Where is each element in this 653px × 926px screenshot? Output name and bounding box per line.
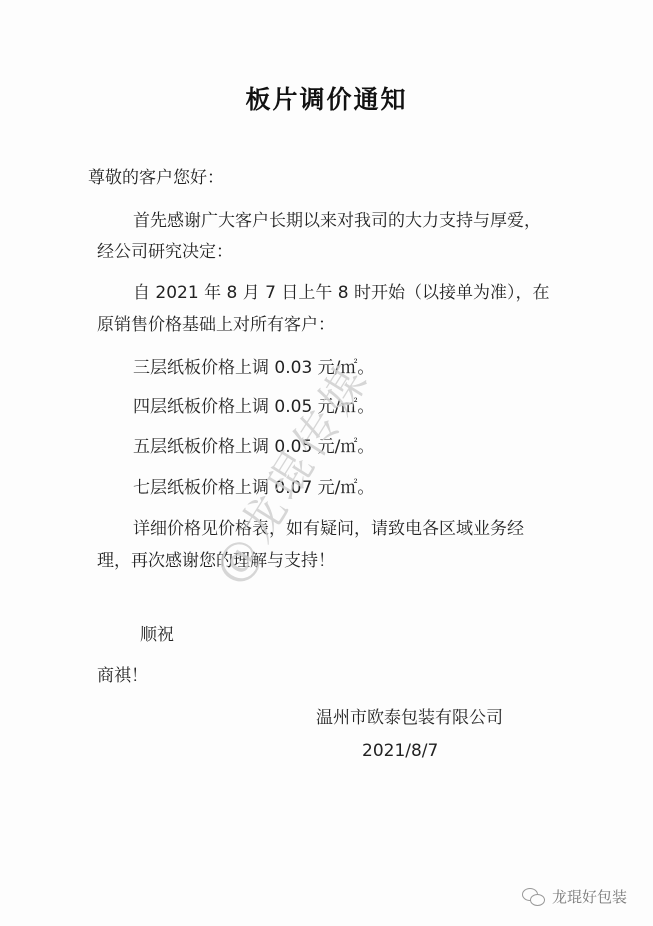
closing-1: 顺祝 xyxy=(140,620,174,645)
paragraph-2-line-1: 自 2021 年 8 月 7 日上午 8 时开始（以接单为准），在 xyxy=(133,278,549,303)
greeting: 尊敬的客户您好： xyxy=(88,163,224,188)
document-date: 2021/8/7 xyxy=(362,741,438,761)
company-name: 温州市欧泰包装有限公司 xyxy=(316,703,503,728)
paragraph-1-line-2: 经公司研究决定： xyxy=(97,237,233,262)
wechat-icon xyxy=(522,887,546,907)
paragraph-1-line-1: 首先感谢广大客户长期以来对我司的大力支持与厚爱， xyxy=(133,206,541,231)
account-name: 龙琨好包装 xyxy=(552,886,627,907)
paragraph-2-line-2: 原销售价格基础上对所有客户： xyxy=(97,310,335,335)
paragraph-3-line-1: 详细价格见价格表，如有疑问，请致电各区域业务经 xyxy=(133,514,524,539)
account-watermark: 龙琨好包装 xyxy=(522,886,627,907)
document-title: 板片调价通知 xyxy=(0,80,653,116)
closing-2: 商祺！ xyxy=(97,661,148,686)
